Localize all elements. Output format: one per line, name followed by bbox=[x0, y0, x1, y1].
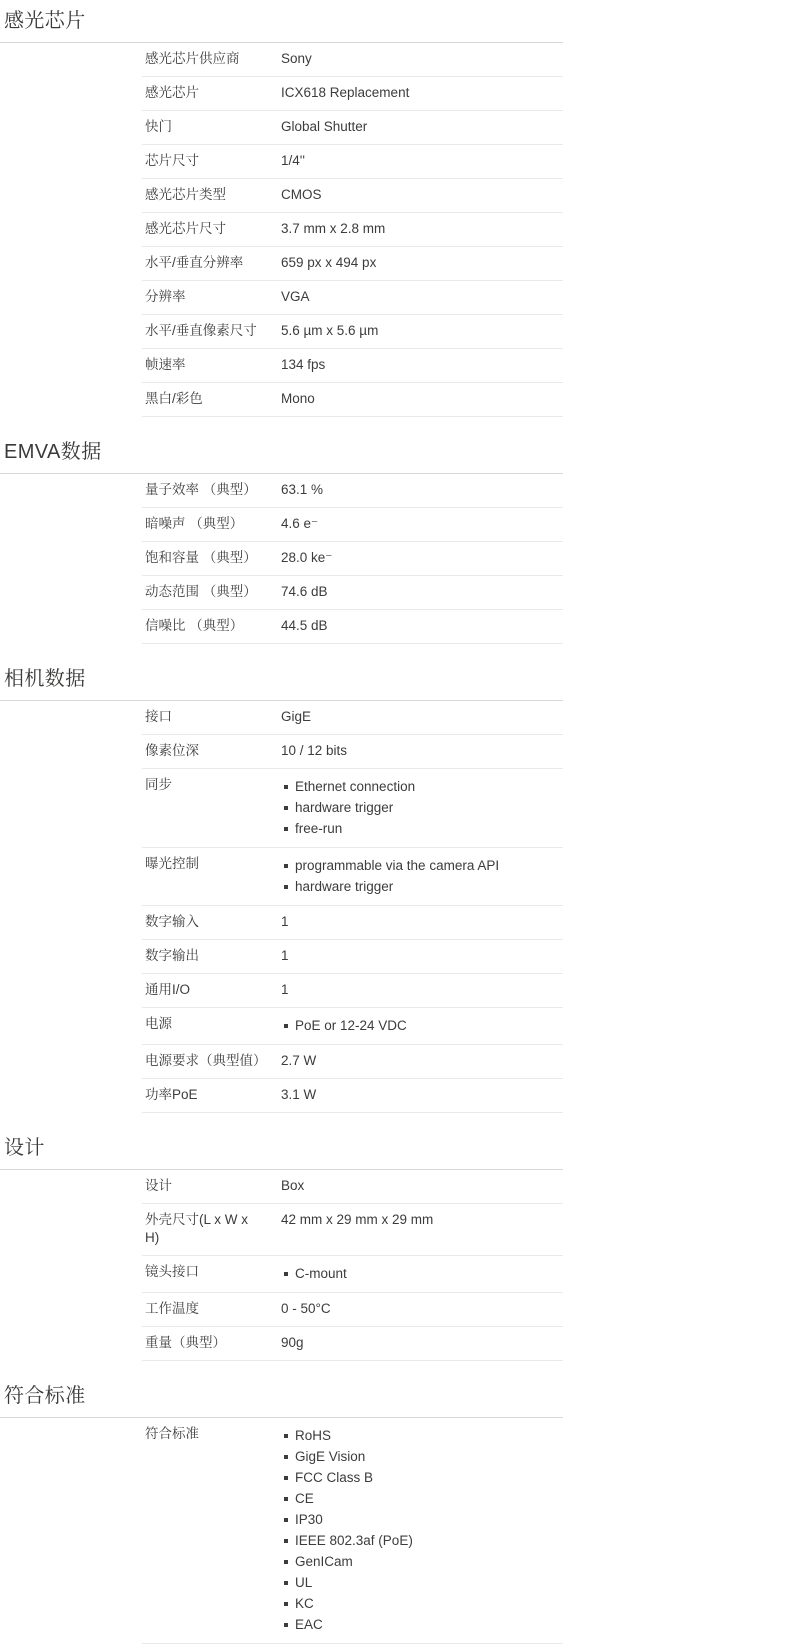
bullet-icon bbox=[284, 785, 288, 789]
spec-value: 44.5 dB bbox=[281, 617, 563, 635]
spec-label: 外壳尺寸(L x W x H) bbox=[145, 1211, 281, 1247]
spec-label: 感光芯片 bbox=[145, 84, 281, 102]
spec-row: 电源要求（典型值）2.7 W bbox=[142, 1045, 563, 1079]
spec-bullet-text: programmable via the camera API bbox=[295, 858, 499, 873]
bullet-icon bbox=[284, 827, 288, 831]
spec-label: 重量（典型） bbox=[145, 1334, 281, 1352]
spec-bullet-item: FCC Class B bbox=[281, 1467, 563, 1488]
spec-label: 快门 bbox=[145, 118, 281, 136]
section-title: 感光芯片 bbox=[4, 8, 563, 34]
spec-label: 镜头接口 bbox=[145, 1263, 281, 1281]
spec-bullet-item: IP30 bbox=[281, 1509, 563, 1530]
spec-section-4: 符合标准符合标准RoHSGigE VisionFCC Class BCEIP30… bbox=[0, 1383, 563, 1644]
bullet-icon bbox=[284, 1539, 288, 1543]
spec-bullet-item: RoHS bbox=[281, 1425, 563, 1446]
spec-bullet-text: Ethernet connection bbox=[295, 779, 415, 794]
spec-value: 1 bbox=[281, 947, 563, 965]
spec-value: 10 / 12 bits bbox=[281, 742, 563, 760]
spec-bullet-text: KC bbox=[295, 1596, 314, 1611]
spec-value: PoE or 12-24 VDC bbox=[281, 1015, 563, 1036]
spec-label: 同步 bbox=[145, 776, 281, 794]
spec-label: 动态范围 （典型） bbox=[145, 583, 281, 601]
spec-bullet-item: hardware trigger bbox=[281, 797, 563, 818]
spec-label: 芯片尺寸 bbox=[145, 152, 281, 170]
spec-section-2: 相机数据接口GigE像素位深10 / 12 bits同步Ethernet con… bbox=[0, 666, 563, 1113]
spec-value: 1/4'' bbox=[281, 152, 563, 170]
spec-row: 快门Global Shutter bbox=[142, 111, 563, 145]
spec-value: Mono bbox=[281, 390, 563, 408]
spec-bullet-item: PoE or 12-24 VDC bbox=[281, 1015, 563, 1036]
spec-label: 水平/垂直分辨率 bbox=[145, 254, 281, 272]
spec-bullet-text: PoE or 12-24 VDC bbox=[295, 1018, 407, 1033]
spec-label: 接口 bbox=[145, 708, 281, 726]
spec-bullet-item: KC bbox=[281, 1593, 563, 1614]
spec-label: 功率PoE bbox=[145, 1086, 281, 1104]
spec-table: 感光芯片供应商Sony感光芯片ICX618 Replacement快门Globa… bbox=[142, 43, 563, 417]
spec-row: 感光芯片尺寸3.7 mm x 2.8 mm bbox=[142, 213, 563, 247]
spec-label: 水平/垂直像素尺寸 bbox=[145, 322, 281, 340]
spec-value: Sony bbox=[281, 50, 563, 68]
spec-value: 28.0 ke⁻ bbox=[281, 549, 563, 567]
spec-row: 工作温度0 - 50°C bbox=[142, 1293, 563, 1327]
spec-row: 动态范围 （典型）74.6 dB bbox=[142, 576, 563, 610]
section-title: 相机数据 bbox=[4, 666, 563, 692]
spec-row: 设计Box bbox=[142, 1170, 563, 1204]
spec-row: 外壳尺寸(L x W x H)42 mm x 29 mm x 29 mm bbox=[142, 1204, 563, 1256]
spec-row: 重量（典型）90g bbox=[142, 1327, 563, 1361]
spec-section-0: 感光芯片感光芯片供应商Sony感光芯片ICX618 Replacement快门G… bbox=[0, 8, 563, 417]
spec-table: 设计Box外壳尺寸(L x W x H)42 mm x 29 mm x 29 m… bbox=[142, 1170, 563, 1361]
spec-row: 信噪比 （典型）44.5 dB bbox=[142, 610, 563, 644]
spec-row: 水平/垂直分辨率659 px x 494 px bbox=[142, 247, 563, 281]
section-title: EMVA数据 bbox=[4, 439, 563, 465]
spec-page: 感光芯片感光芯片供应商Sony感光芯片ICX618 Replacement快门G… bbox=[0, 0, 790, 1644]
spec-label: 符合标准 bbox=[145, 1425, 281, 1443]
spec-row: 帧速率134 fps bbox=[142, 349, 563, 383]
spec-row: 饱和容量 （典型）28.0 ke⁻ bbox=[142, 542, 563, 576]
spec-value: 1 bbox=[281, 913, 563, 931]
spec-bullet-item: C-mount bbox=[281, 1263, 563, 1284]
spec-row: 通用I/O1 bbox=[142, 974, 563, 1008]
bullet-icon bbox=[284, 1602, 288, 1606]
spec-value: RoHSGigE VisionFCC Class BCEIP30IEEE 802… bbox=[281, 1425, 563, 1635]
spec-bullet-item: CE bbox=[281, 1488, 563, 1509]
spec-bullet-item: hardware trigger bbox=[281, 876, 563, 897]
spec-bullet-list: PoE or 12-24 VDC bbox=[281, 1015, 563, 1036]
spec-bullet-item: programmable via the camera API bbox=[281, 855, 563, 876]
spec-bullet-list: C-mount bbox=[281, 1263, 563, 1284]
spec-value: ICX618 Replacement bbox=[281, 84, 563, 102]
spec-row: 感光芯片ICX618 Replacement bbox=[142, 77, 563, 111]
spec-label: 通用I/O bbox=[145, 981, 281, 999]
spec-bullet-text: free-run bbox=[295, 821, 342, 836]
spec-value: 63.1 % bbox=[281, 481, 563, 499]
spec-label: 数字输入 bbox=[145, 913, 281, 931]
spec-bullet-text: GenICam bbox=[295, 1554, 353, 1569]
section-title: 符合标准 bbox=[4, 1383, 563, 1409]
spec-bullet-text: RoHS bbox=[295, 1428, 331, 1443]
spec-value: Box bbox=[281, 1177, 563, 1195]
spec-section-1: EMVA数据量子效率 （典型）63.1 %暗噪声 （典型）4.6 e⁻饱和容量 … bbox=[0, 439, 563, 644]
spec-value: 2.7 W bbox=[281, 1052, 563, 1070]
spec-bullet-item: Ethernet connection bbox=[281, 776, 563, 797]
spec-bullet-text: C-mount bbox=[295, 1266, 347, 1281]
section-title: 设计 bbox=[4, 1135, 563, 1161]
spec-row: 符合标准RoHSGigE VisionFCC Class BCEIP30IEEE… bbox=[142, 1418, 563, 1644]
spec-row: 量子效率 （典型）63.1 % bbox=[142, 474, 563, 508]
spec-bullet-item: EAC bbox=[281, 1614, 563, 1635]
spec-table: 量子效率 （典型）63.1 %暗噪声 （典型）4.6 e⁻饱和容量 （典型）28… bbox=[142, 474, 563, 644]
spec-row: 水平/垂直像素尺寸5.6 µm x 5.6 µm bbox=[142, 315, 563, 349]
spec-section-3: 设计设计Box外壳尺寸(L x W x H)42 mm x 29 mm x 29… bbox=[0, 1135, 563, 1361]
spec-label: 数字输出 bbox=[145, 947, 281, 965]
bullet-icon bbox=[284, 1518, 288, 1522]
spec-bullet-text: EAC bbox=[295, 1617, 323, 1632]
spec-value: Ethernet connectionhardware triggerfree-… bbox=[281, 776, 563, 839]
spec-value: 134 fps bbox=[281, 356, 563, 374]
spec-value: C-mount bbox=[281, 1263, 563, 1284]
spec-bullet-text: IP30 bbox=[295, 1512, 323, 1527]
spec-label: 电源要求（典型值） bbox=[145, 1052, 281, 1070]
spec-value: 1 bbox=[281, 981, 563, 999]
spec-row: 接口GigE bbox=[142, 701, 563, 735]
spec-value: 0 - 50°C bbox=[281, 1300, 563, 1318]
spec-label: 电源 bbox=[145, 1015, 281, 1033]
spec-bullet-text: GigE Vision bbox=[295, 1449, 365, 1464]
spec-row: 功率PoE3.1 W bbox=[142, 1079, 563, 1113]
spec-row: 镜头接口C-mount bbox=[142, 1256, 563, 1293]
bullet-icon bbox=[284, 1560, 288, 1564]
spec-row: 像素位深10 / 12 bits bbox=[142, 735, 563, 769]
spec-row: 同步Ethernet connectionhardware triggerfre… bbox=[142, 769, 563, 848]
spec-value: 5.6 µm x 5.6 µm bbox=[281, 322, 563, 340]
bullet-icon bbox=[284, 864, 288, 868]
spec-label: 设计 bbox=[145, 1177, 281, 1195]
spec-bullet-text: UL bbox=[295, 1575, 312, 1590]
spec-label: 感光芯片供应商 bbox=[145, 50, 281, 68]
bullet-icon bbox=[284, 1024, 288, 1028]
spec-row: 数字输出1 bbox=[142, 940, 563, 974]
spec-row: 分辨率VGA bbox=[142, 281, 563, 315]
spec-value: 90g bbox=[281, 1334, 563, 1352]
spec-row: 感光芯片类型CMOS bbox=[142, 179, 563, 213]
spec-label: 信噪比 （典型） bbox=[145, 617, 281, 635]
spec-bullet-item: IEEE 802.3af (PoE) bbox=[281, 1530, 563, 1551]
spec-bullet-text: hardware trigger bbox=[295, 879, 393, 894]
spec-label: 帧速率 bbox=[145, 356, 281, 374]
bullet-icon bbox=[284, 1581, 288, 1585]
spec-bullet-list: RoHSGigE VisionFCC Class BCEIP30IEEE 802… bbox=[281, 1425, 563, 1635]
spec-label: 感光芯片尺寸 bbox=[145, 220, 281, 238]
spec-row: 数字输入1 bbox=[142, 906, 563, 940]
spec-label: 黑白/彩色 bbox=[145, 390, 281, 408]
spec-value: 4.6 e⁻ bbox=[281, 515, 563, 533]
bullet-icon bbox=[284, 1272, 288, 1276]
spec-bullet-item: GenICam bbox=[281, 1551, 563, 1572]
bullet-icon bbox=[284, 1476, 288, 1480]
spec-row: 曝光控制programmable via the camera APIhardw… bbox=[142, 848, 563, 906]
spec-bullet-text: FCC Class B bbox=[295, 1470, 373, 1485]
spec-row: 芯片尺寸1/4'' bbox=[142, 145, 563, 179]
bullet-icon bbox=[284, 1434, 288, 1438]
spec-label: 感光芯片类型 bbox=[145, 186, 281, 204]
spec-value: 74.6 dB bbox=[281, 583, 563, 601]
spec-bullet-list: programmable via the camera APIhardware … bbox=[281, 855, 563, 897]
bullet-icon bbox=[284, 885, 288, 889]
spec-label: 暗噪声 （典型） bbox=[145, 515, 281, 533]
spec-value: 3.1 W bbox=[281, 1086, 563, 1104]
spec-value: programmable via the camera APIhardware … bbox=[281, 855, 563, 897]
spec-table: 符合标准RoHSGigE VisionFCC Class BCEIP30IEEE… bbox=[142, 1418, 563, 1644]
spec-label: 像素位深 bbox=[145, 742, 281, 760]
spec-bullet-text: CE bbox=[295, 1491, 314, 1506]
spec-value: 659 px x 494 px bbox=[281, 254, 563, 272]
spec-bullet-item: GigE Vision bbox=[281, 1446, 563, 1467]
spec-value: VGA bbox=[281, 288, 563, 306]
spec-bullet-text: IEEE 802.3af (PoE) bbox=[295, 1533, 413, 1548]
bullet-icon bbox=[284, 1623, 288, 1627]
bullet-icon bbox=[284, 806, 288, 810]
spec-label: 饱和容量 （典型） bbox=[145, 549, 281, 567]
spec-row: 黑白/彩色Mono bbox=[142, 383, 563, 417]
spec-bullet-text: hardware trigger bbox=[295, 800, 393, 815]
bullet-icon bbox=[284, 1455, 288, 1459]
spec-row: 电源PoE or 12-24 VDC bbox=[142, 1008, 563, 1045]
spec-label: 分辨率 bbox=[145, 288, 281, 306]
spec-bullet-item: free-run bbox=[281, 818, 563, 839]
spec-row: 暗噪声 （典型）4.6 e⁻ bbox=[142, 508, 563, 542]
spec-value: 42 mm x 29 mm x 29 mm bbox=[281, 1211, 563, 1229]
spec-bullet-item: UL bbox=[281, 1572, 563, 1593]
spec-value: CMOS bbox=[281, 186, 563, 204]
spec-value: 3.7 mm x 2.8 mm bbox=[281, 220, 563, 238]
spec-label: 工作温度 bbox=[145, 1300, 281, 1318]
bullet-icon bbox=[284, 1497, 288, 1501]
spec-bullet-list: Ethernet connectionhardware triggerfree-… bbox=[281, 776, 563, 839]
spec-value: GigE bbox=[281, 708, 563, 726]
spec-label: 量子效率 （典型） bbox=[145, 481, 281, 499]
spec-row: 感光芯片供应商Sony bbox=[142, 43, 563, 77]
spec-table: 接口GigE像素位深10 / 12 bits同步Ethernet connect… bbox=[142, 701, 563, 1113]
spec-value: Global Shutter bbox=[281, 118, 563, 136]
spec-content: 感光芯片感光芯片供应商Sony感光芯片ICX618 Replacement快门G… bbox=[0, 8, 563, 1644]
spec-label: 曝光控制 bbox=[145, 855, 281, 873]
